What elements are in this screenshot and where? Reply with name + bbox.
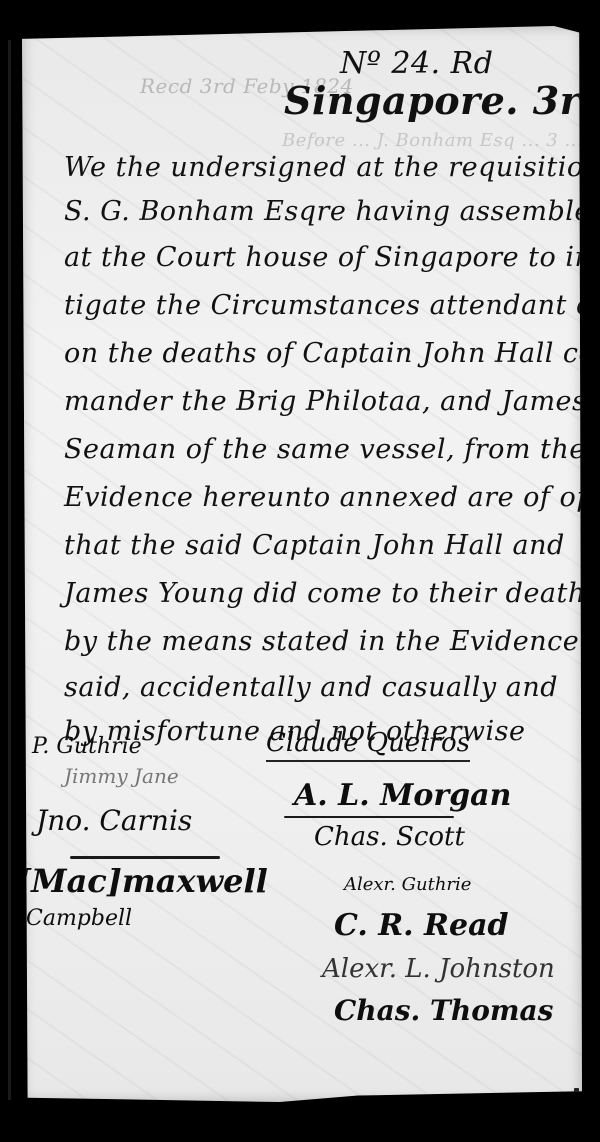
signature-thomas: Chas. Thomas <box>334 994 553 1027</box>
signature-johnston: Alexr. L. Johnston <box>322 954 555 984</box>
body-line: We the undersigned at the requisition of <box>64 152 600 183</box>
body-line: that the said Captain John Hall and <box>64 530 565 561</box>
body-line: James Young did come to their deaths <box>64 578 600 609</box>
binding-edge <box>0 0 24 1142</box>
body-line: by the means stated in the Evidence afor… <box>64 626 600 657</box>
signature-scott: Chas. Scott <box>314 822 465 852</box>
body-line: on the deaths of Captain John Hall com- <box>64 338 600 369</box>
paper-corner-mark <box>574 1088 579 1093</box>
signature-morgan: A. L. Morgan <box>294 778 511 813</box>
signature-guthrie: P. Guthrie <box>32 734 142 759</box>
signature-maxwell: [Mac]maxwell <box>16 862 268 900</box>
signature-queiros: Claude Queiros <box>266 728 470 762</box>
body-line: said, accidentally and casually and <box>64 672 558 703</box>
signature-flourish <box>284 816 454 818</box>
signature-campbell: Campbell <box>26 906 132 931</box>
body-line: at the Court house of Singapore to inves… <box>64 242 600 273</box>
signature-jimmy-jane: Jimmy Jane <box>64 764 179 788</box>
signature-read: C. R. Read <box>334 908 509 943</box>
body-line: tigate the Circumstances attendant on <box>64 290 600 321</box>
signature-carnis: Jno. Carnis <box>36 804 192 837</box>
body-line: Evidence hereunto annexed are of opinion <box>64 482 600 513</box>
bleed-through-text: Before ... J. Bonham Esq ... 3 ... <box>282 130 583 151</box>
signature-flourish <box>70 856 220 859</box>
body-line: mander the Brig Philotaa, and James Youn… <box>64 386 600 417</box>
body-line: S. G. Bonham Esqre having assembled <box>64 196 600 227</box>
manuscript-page: Recd 3rd Feby 1824 Nº 24. Rd Singapore. … <box>22 26 582 1102</box>
document-number: Nº 24. Rd <box>340 46 493 81</box>
body-line: Seaman of the same vessel, from the <box>64 434 586 465</box>
place-date-heading: Singapore. 3rd Feby 1824. <box>284 78 600 123</box>
signature-guthrie-right: Alexr. Guthrie <box>344 874 471 895</box>
